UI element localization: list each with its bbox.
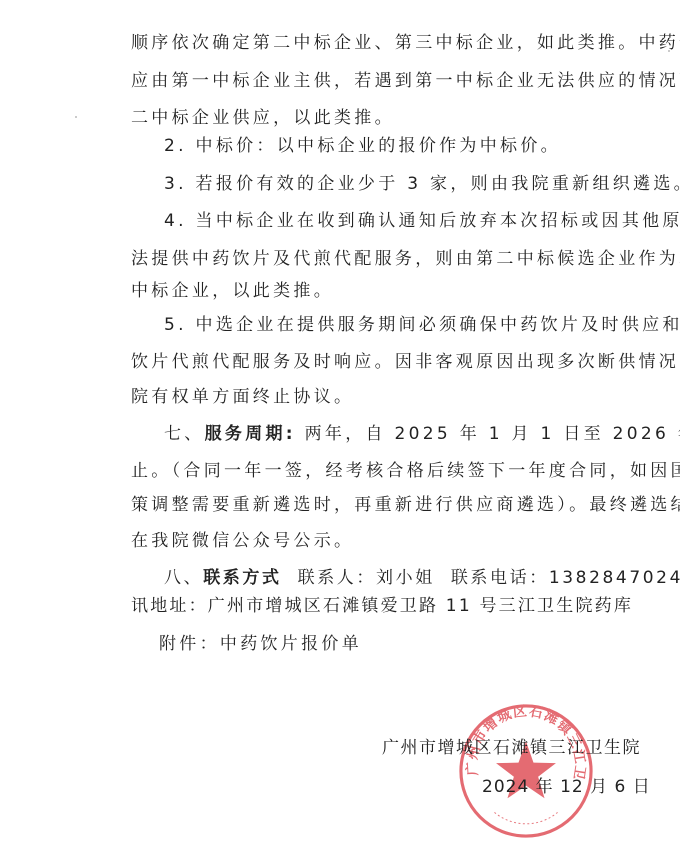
- paragraph-line: 顺序依次确定第二中标企业、第三中标企业，如此类推。中药饮片供: [131, 32, 680, 54]
- scan-speck: [668, 50, 670, 52]
- service-period-line: 在我院微信公众号公示。: [131, 530, 354, 552]
- item-5-line: 院有权单方面终止协议。: [131, 386, 354, 408]
- section-number: 八、: [164, 568, 203, 588]
- item-5-line: 5. 中选企业在提供服务期间必须确保中药饮片及时供应和中药: [164, 314, 680, 336]
- item-4-line: 4. 当中标企业在收到确认通知后放弃本次招标或因其他原因无: [164, 210, 680, 232]
- section-contact-heading-line: 八、联系方式联系人：刘小姐联系电话：13828470249通: [164, 567, 680, 589]
- contact-address-line: 讯地址：广州市增城区石滩镇爱卫路 11 号三江卫生院药库: [131, 595, 633, 617]
- section-service-period-heading-line: 七、服务周期: 两年，自 2025 年 1 月 1 日至 2026 年 12 月…: [164, 423, 680, 445]
- document-page: 顺序依次确定第二中标企业、第三中标企业，如此类推。中药饮片供 应由第一中标企业主…: [0, 0, 680, 855]
- section-heading: 联系方式: [203, 568, 281, 588]
- item-2-line: 2. 中标价：以中标企业的报价作为中标价。: [164, 135, 561, 157]
- item-4-line: 法提供中药饮片及代煎代配服务，则由第二中标候选企业作为本次的: [131, 248, 680, 270]
- service-period-line: 策调整需要重新遴选时，再重新进行供应商遴选）。最终遴选结果将: [131, 494, 680, 516]
- paragraph-line: 二中标企业供应，以此类推。: [131, 107, 395, 129]
- contact-person: 刘小姐: [376, 568, 435, 588]
- attachment-name: 中药饮片报价单: [220, 634, 362, 654]
- contact-person-label: 联系人：: [298, 568, 376, 588]
- attachment-line: 附件：中药饮片报价单: [159, 633, 362, 655]
- section-number: 七、: [164, 424, 205, 444]
- phone-label: 联系电话：: [451, 568, 549, 588]
- signature-date: 2024 年 12 月 6 日: [482, 776, 651, 798]
- paragraph-line: 应由第一中标企业主供，若遇到第一中标企业无法供应的情况下由第: [131, 70, 680, 92]
- item-3-line: 3. 若报价有效的企业少于 3 家，则由我院重新组织遴选。: [164, 173, 680, 195]
- official-seal-stamp: 广州市增城区石滩镇三江卫生院: [457, 702, 595, 840]
- item-4-line: 中标企业，以此类推。: [131, 280, 334, 302]
- scan-speck: [75, 116, 77, 118]
- service-period-line: 止。（合同一年一签，经考核合格后续签下一年度合同，如因国家政: [131, 460, 680, 482]
- item-5-line: 饮片代煎代配服务及时响应。因非客观原因出现多次断供情况的，我: [131, 351, 680, 373]
- section-heading: 服务周期:: [205, 424, 296, 444]
- signature-organization: 广州市增城区石滩镇三江卫生院: [382, 737, 641, 759]
- attachment-label: 附件：: [159, 634, 220, 654]
- service-period-dates: 两年，自 2025 年 1 月 1 日至 2026 年 12 月 31 日: [296, 424, 680, 444]
- phone-number: 13828470249: [549, 568, 680, 588]
